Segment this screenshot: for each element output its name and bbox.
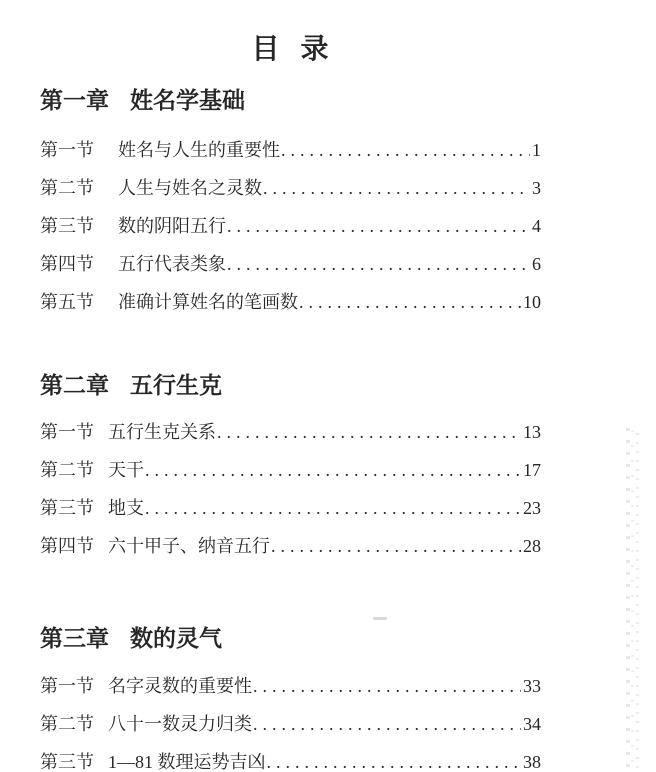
toc-entry: 第三节 地支 23 bbox=[40, 498, 541, 519]
section-number: 第三节 bbox=[40, 752, 94, 772]
dot-leader bbox=[253, 714, 521, 735]
dot-leader bbox=[267, 752, 522, 772]
section-number: 第一节 bbox=[40, 140, 94, 161]
section-title: 五行生克关系 bbox=[108, 422, 216, 443]
chapter-1: 第一章姓名学基础 第一节 姓名与人生的重要性 1 第二节 人生与姓名之灵数 3 … bbox=[40, 88, 541, 313]
page-number: 28 bbox=[523, 536, 541, 557]
dot-leader bbox=[145, 460, 521, 481]
page-number: 34 bbox=[523, 714, 541, 735]
chapter-title: 数的灵气 bbox=[130, 626, 222, 651]
section-number: 第一节 bbox=[40, 422, 94, 443]
dot-leader bbox=[227, 254, 530, 275]
chapter-number: 第二章 bbox=[40, 373, 109, 398]
section-title: 名字灵数的重要性 bbox=[108, 676, 252, 697]
dot-leader bbox=[253, 676, 521, 697]
page-number: 4 bbox=[532, 216, 541, 237]
dot-leader bbox=[227, 216, 530, 237]
section-number: 第二节 bbox=[40, 178, 94, 199]
page-number: 1 bbox=[532, 140, 541, 161]
section-number: 第四节 bbox=[40, 254, 94, 275]
section-number: 第三节 bbox=[40, 498, 94, 519]
chapter-2: 第二章五行生克 第一节 五行生克关系 13 第二节 天干 17 第三节 地支 bbox=[40, 373, 541, 557]
page-number: 38 bbox=[523, 752, 541, 772]
toc-entry: 第一节 姓名与人生的重要性 1 bbox=[40, 140, 541, 161]
section-number: 第一节 bbox=[40, 676, 94, 697]
dot-leader bbox=[145, 498, 521, 519]
section-title: 姓名与人生的重要性 bbox=[118, 140, 280, 161]
chapter-3: 第三章数的灵气 第一节 名字灵数的重要性 33 第二节 八十一数灵力归类 34 … bbox=[40, 626, 541, 772]
chapter-entries: 第一节 五行生克关系 13 第二节 天干 17 第三节 地支 23 bbox=[40, 422, 541, 557]
toc-entry: 第三节 数的阴阳五行 4 bbox=[40, 216, 541, 237]
page-number: 3 bbox=[532, 178, 541, 199]
scanned-toc-page: 目 录 第一章姓名学基础 第一节 姓名与人生的重要性 1 第二节 人生与姓名之灵… bbox=[0, 0, 656, 772]
section-title: 五行代表类象 bbox=[118, 254, 226, 275]
chapter-title: 五行生克 bbox=[130, 373, 222, 398]
chapter-entries: 第一节 名字灵数的重要性 33 第二节 八十一数灵力归类 34 第三节 1—81… bbox=[40, 676, 541, 772]
scan-bleed-artifact bbox=[618, 428, 648, 772]
section-number: 第二节 bbox=[40, 460, 94, 481]
page-number: 23 bbox=[523, 498, 541, 519]
toc-entry: 第一节 名字灵数的重要性 33 bbox=[40, 676, 541, 697]
section-title: 人生与姓名之灵数 bbox=[118, 178, 262, 199]
page-title: 目 录 bbox=[40, 34, 541, 66]
section-title: 地支 bbox=[108, 498, 144, 519]
toc-entry: 第五节 准确计算姓名的笔画数 10 bbox=[40, 292, 541, 313]
section-number: 第四节 bbox=[40, 536, 94, 557]
chapter-heading: 第二章五行生克 bbox=[40, 373, 541, 399]
toc-entry: 第一节 五行生克关系 13 bbox=[40, 422, 541, 443]
section-title: 准确计算姓名的笔画数 bbox=[118, 292, 298, 313]
section-number: 第三节 bbox=[40, 216, 94, 237]
page-number: 33 bbox=[523, 676, 541, 697]
toc-entry: 第二节 天干 17 bbox=[40, 460, 541, 481]
chapter-title: 姓名学基础 bbox=[130, 88, 245, 113]
toc-entry: 第二节 八十一数灵力归类 34 bbox=[40, 714, 541, 735]
toc-entry: 第四节 五行代表类象 6 bbox=[40, 254, 541, 275]
chapter-entries: 第一节 姓名与人生的重要性 1 第二节 人生与姓名之灵数 3 第三节 数的阴阳五… bbox=[40, 140, 541, 313]
toc-entry: 第四节 六十甲子、纳音五行 28 bbox=[40, 536, 541, 557]
section-title: 八十一数灵力归类 bbox=[108, 714, 252, 735]
section-title: 六十甲子、纳音五行 bbox=[108, 536, 270, 557]
dot-leader bbox=[263, 178, 530, 199]
chapter-heading: 第一章姓名学基础 bbox=[40, 88, 541, 114]
dot-leader bbox=[281, 140, 530, 161]
section-title: 1—81 数理运势吉凶 bbox=[108, 752, 266, 772]
section-number: 第二节 bbox=[40, 714, 94, 735]
dot-leader bbox=[271, 536, 521, 557]
section-title: 数的阴阳五行 bbox=[118, 216, 226, 237]
scan-speck-artifact bbox=[373, 617, 387, 620]
page-number: 6 bbox=[532, 254, 541, 275]
page-number: 10 bbox=[523, 292, 541, 313]
page-number: 13 bbox=[523, 422, 541, 443]
chapter-number: 第一章 bbox=[40, 88, 109, 113]
chapter-heading: 第三章数的灵气 bbox=[40, 626, 541, 652]
page-number: 17 bbox=[523, 460, 541, 481]
dot-leader bbox=[299, 292, 521, 313]
toc-entry: 第三节 1—81 数理运势吉凶 38 bbox=[40, 752, 541, 772]
toc-entry: 第二节 人生与姓名之灵数 3 bbox=[40, 178, 541, 199]
dot-leader bbox=[217, 422, 521, 443]
toc-content: 目 录 第一章姓名学基础 第一节 姓名与人生的重要性 1 第二节 人生与姓名之灵… bbox=[40, 0, 541, 772]
section-number: 第五节 bbox=[40, 292, 94, 313]
chapter-number: 第三章 bbox=[40, 626, 109, 651]
section-title: 天干 bbox=[108, 460, 144, 481]
